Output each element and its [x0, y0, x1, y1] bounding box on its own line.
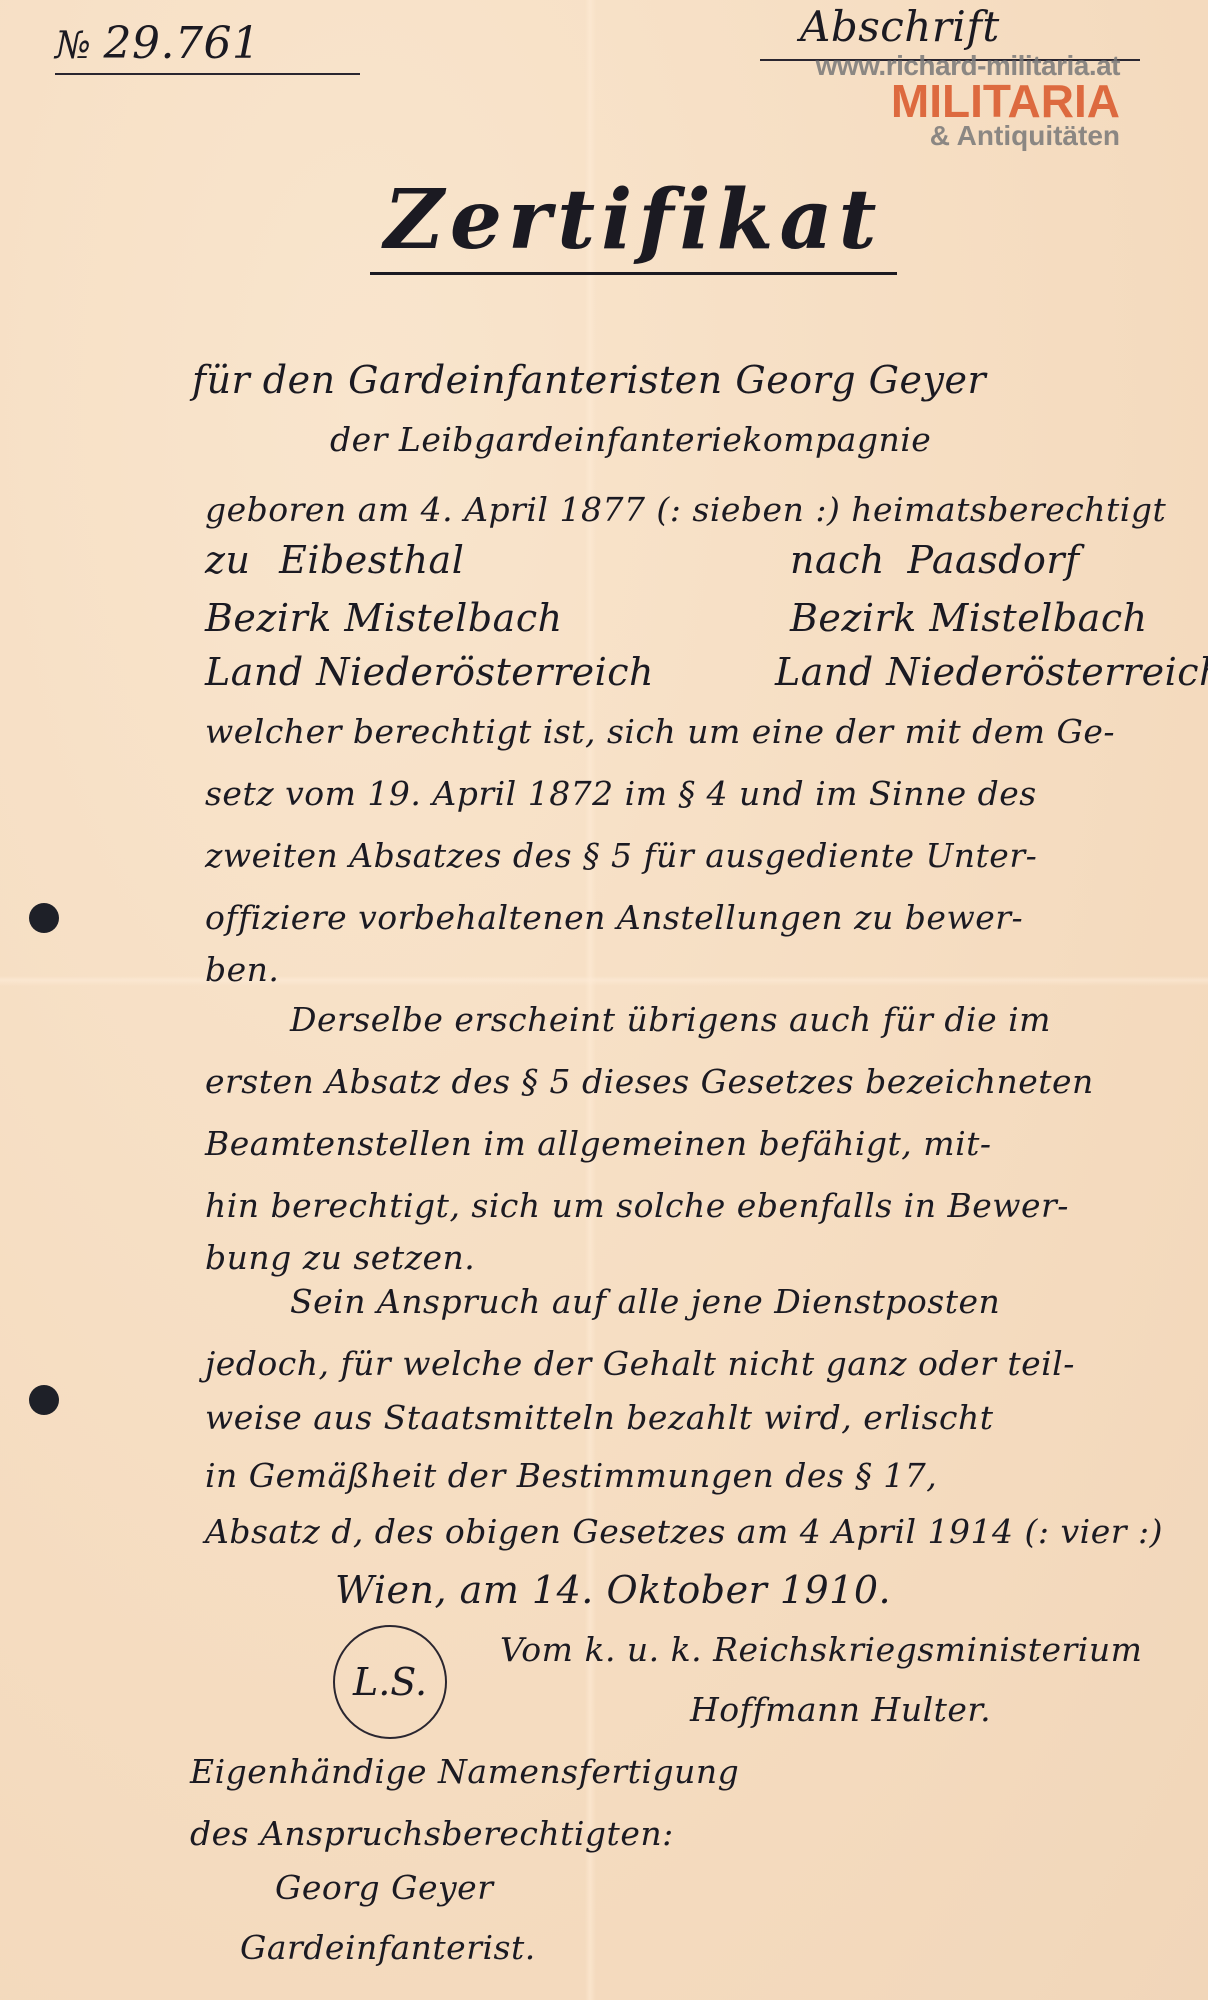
home-label: nach — [790, 538, 885, 582]
watermark-subtitle: & Antiquitäten — [770, 122, 1120, 150]
para3-line-1: Sein Anspruch auf alle jene Dienstposten — [290, 1282, 1000, 1321]
document-number-value: 29.761 — [103, 18, 260, 69]
punch-hole — [29, 1385, 59, 1415]
para3-line-2: jedoch, für welche der Gehalt nicht ganz… — [205, 1344, 1075, 1383]
watermark: www.richard-militaria.at MILITARIA & Ant… — [770, 52, 1120, 150]
issuer: Vom k. u. k. Reichskriegsministerium — [500, 1630, 1142, 1669]
para2-line-4: hin berechtigt, sich um solche ebenfalls… — [205, 1186, 1069, 1225]
home-row: nach Paasdorf — [790, 538, 1080, 582]
birthplace-label: zu — [205, 538, 251, 582]
para1-line-4: offiziere vorbehaltenen Anstellungen zu … — [205, 898, 1023, 937]
para3-line-5: Absatz d, des obigen Gesetzes am 4 April… — [205, 1512, 1163, 1551]
numero-sign: № — [55, 23, 91, 67]
para3-line-3: weise aus Staatsmitteln bezahlt wird, er… — [205, 1398, 994, 1437]
para3-line-4: in Gemäßheit der Bestimmungen des § 17, — [205, 1456, 937, 1495]
home-town: Paasdorf — [907, 538, 1079, 582]
para1-line-5: ben. — [205, 950, 279, 989]
seal-ls: L.S. — [333, 1625, 447, 1739]
place-date: Wien, am 14. Oktober 1910. — [335, 1568, 891, 1612]
signature-name: Georg Geyer — [275, 1868, 494, 1907]
punch-hole — [29, 903, 59, 933]
recipient-line-3: geboren am 4. April 1877 (: sieben :) he… — [205, 490, 1166, 529]
para2-line-2: ersten Absatz des § 5 dieses Gesetzes be… — [205, 1062, 1094, 1101]
watermark-brand: MILITARIA — [770, 78, 1120, 124]
para2-line-5: bung zu setzen. — [205, 1238, 475, 1277]
recipient-line-2: der Leibgardeinfanteriekompagnie — [330, 420, 931, 459]
recipient-line-1: für den Gardeinfanteristen Georg Geyer — [192, 358, 986, 402]
land-right: Land Niederösterreich — [775, 650, 1208, 694]
document-number: №29.761 — [55, 18, 360, 75]
land-left: Land Niederösterreich — [205, 650, 654, 694]
own-signature-line-1: Eigenhändige Namensfertigung — [190, 1752, 739, 1791]
signatory: Hoffmann Hulter. — [690, 1690, 991, 1729]
district-left: Bezirk Mistelbach — [205, 596, 563, 640]
signature-rank: Gardeinfanterist. — [240, 1928, 536, 1967]
para2-line-1: Derselbe erscheint übrigens auch für die… — [290, 1000, 1051, 1039]
birthplace-row: zu Eibesthal — [205, 538, 464, 582]
district-right: Bezirk Mistelbach — [790, 596, 1148, 640]
document-title: Zertifikat — [370, 172, 897, 275]
own-signature-line-2: des Anspruchsberechtigten: — [190, 1814, 674, 1853]
para1-line-3: zweiten Absatzes des § 5 für ausgediente… — [205, 836, 1037, 875]
para1-line-1: welcher berechtigt ist, sich um eine der… — [205, 712, 1115, 751]
para2-line-3: Beamtenstellen im allgemeinen befähigt, … — [205, 1124, 992, 1163]
birthplace: Eibesthal — [279, 538, 464, 582]
para1-line-2: setz vom 19. April 1872 im § 4 und im Si… — [205, 774, 1037, 813]
